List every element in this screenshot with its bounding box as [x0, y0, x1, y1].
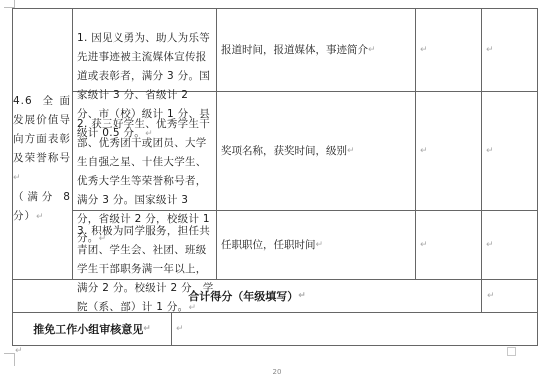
score-cell-3b[interactable]: ↵	[486, 211, 536, 279]
score-cell-3a[interactable]: ↵	[420, 211, 480, 279]
paragraph-mark: ↵	[486, 236, 494, 255]
paragraph-mark: ↵	[143, 320, 151, 339]
paragraph-mark-after-table: ↵	[15, 346, 23, 356]
category-cell: 4.6 全面发展价值导向方面表彰及荣誉称号↵ （满分 8 分）↵	[13, 92, 71, 227]
page-corner-mark-top	[4, 0, 15, 8]
paragraph-mark: ↵	[420, 142, 428, 161]
table-border-bottom	[12, 345, 538, 346]
paragraph-mark: ↵	[420, 41, 428, 60]
paragraph-mark: ↵	[176, 320, 184, 339]
paragraph-mark: ↵	[486, 41, 494, 60]
evidence-text-3: 任职职位，任职时间	[221, 236, 316, 255]
col-divider-4	[481, 8, 482, 313]
paragraph-mark: ↵	[368, 41, 376, 60]
paragraph-mark: ↵	[420, 236, 428, 255]
evidence-text-2: 奖项名称，获奖时间，级别	[221, 142, 347, 161]
evidence-cell-1[interactable]: 报道时间，报道媒体，事迹简介↵	[221, 9, 413, 91]
score-cell-1b[interactable]: ↵	[486, 9, 536, 91]
paragraph-mark: ↵	[298, 287, 306, 306]
total-label: 合计得分（年级填写）	[188, 287, 298, 306]
category-label: 4.6 全面发展价值导向方面表彰及荣誉称号	[13, 95, 71, 164]
total-value-cell[interactable]: ↵	[487, 280, 537, 312]
paragraph-mark: ↵	[36, 212, 45, 222]
table-border-right	[537, 8, 538, 346]
page-corner-mark-bottom	[4, 353, 15, 366]
page-number: 20	[0, 368, 554, 376]
col-divider-2	[216, 8, 217, 280]
document-page: 4.6 全面发展价值导向方面表彰及荣誉称号↵ （满分 8 分）↵ 1. 因见义勇…	[0, 0, 554, 381]
col-divider-1	[72, 8, 73, 280]
review-value-cell[interactable]: ↵	[176, 313, 536, 345]
review-label: 推免工作小组审核意见	[33, 320, 143, 339]
score-cell-2b[interactable]: ↵	[486, 92, 536, 210]
evidence-cell-2[interactable]: 奖项名称，获奖时间，级别↵	[221, 92, 413, 210]
paragraph-mark: ↵	[486, 142, 494, 161]
review-label-cell: 推免工作小组审核意见↵	[13, 313, 171, 345]
col-divider-3	[415, 8, 416, 280]
table-resize-handle[interactable]	[507, 347, 516, 356]
score-cell-1a[interactable]: ↵	[420, 9, 480, 91]
score-cell-2a[interactable]: ↵	[420, 92, 480, 210]
evidence-cell-3[interactable]: 任职职位，任职时间↵	[221, 211, 413, 279]
evidence-text-1: 报道时间，报道媒体，事迹简介	[221, 41, 368, 60]
total-label-cell: 合计得分（年级填写）↵	[13, 280, 481, 312]
paragraph-mark: ↵	[347, 142, 355, 161]
paragraph-mark: ↵	[13, 173, 22, 183]
paragraph-mark: ↵	[487, 287, 495, 306]
paragraph-mark: ↵	[316, 236, 324, 255]
